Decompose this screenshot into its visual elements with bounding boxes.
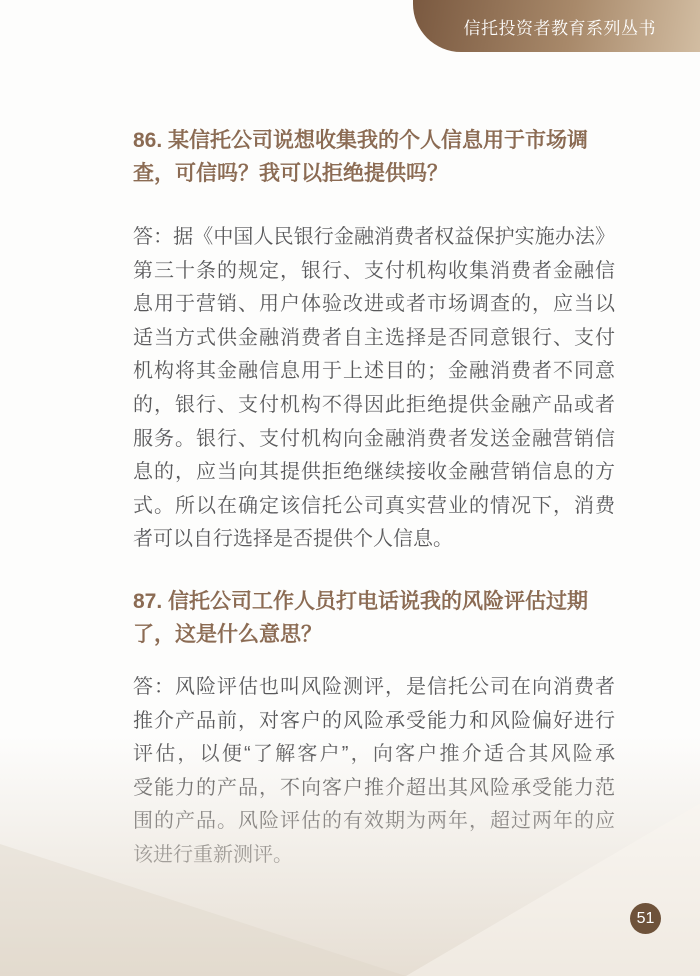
heading-line: 查，可信吗？我可以拒绝提供吗？ bbox=[133, 157, 617, 190]
answer-line: 服务。银行、支付机构向金融消费者发送金融营销信 bbox=[133, 423, 615, 457]
answer-line: 第三十条的规定，银行、支付机构收集消费者金融信 bbox=[133, 255, 615, 289]
answer-line: 答：据《中国人民银行金融消费者权益保护实施办法》 bbox=[133, 221, 615, 255]
answer-line: 答：风险评估也叫风险测评，是信托公司在向消费者 bbox=[133, 671, 615, 705]
question-87-answer: 答：风险评估也叫风险测评，是信托公司在向消费者 推介产品前，对客户的风险承受能力… bbox=[133, 671, 615, 873]
question-86-answer: 答：据《中国人民银行金融消费者权益保护实施办法》 第三十条的规定，银行、支付机构… bbox=[133, 221, 615, 557]
page-number: 51 bbox=[637, 910, 655, 928]
question-87-heading: 87. 信托公司工作人员打电话说我的风险评估过期 了，这是什么意思？ bbox=[133, 585, 617, 651]
answer-line: 评估，以便“了解客户”，向客户推介适合其风险承 bbox=[133, 738, 615, 772]
answer-line: 式。所以在确定该信托公司真实营业的情况下，消费 bbox=[133, 490, 615, 524]
series-title: 信托投资者教育系列丛书 bbox=[464, 14, 657, 39]
answer-line: 适当方式供金融消费者自主选择是否同意银行、支付 bbox=[133, 322, 615, 356]
answer-line: 息用于营销、用户体验改进或者市场调查的，应当以 bbox=[133, 288, 615, 322]
answer-line: 的，银行、支付机构不得因此拒绝提供金融产品或者 bbox=[133, 389, 615, 423]
heading-line: 87. 信托公司工作人员打电话说我的风险评估过期 bbox=[133, 585, 617, 618]
answer-line: 该进行重新测评。 bbox=[133, 839, 615, 873]
answer-line: 机构将其金融信息用于上述目的；金融消费者不同意 bbox=[133, 355, 615, 389]
answer-line: 推介产品前，对客户的风险承受能力和风险偏好进行 bbox=[133, 705, 615, 739]
answer-line: 受能力的产品，不向客户推介超出其风险承受能力范 bbox=[133, 772, 615, 806]
page-number-badge: 51 bbox=[630, 903, 661, 934]
answer-line: 息的，应当向其提供拒绝继续接收金融营销信息的方 bbox=[133, 456, 615, 490]
question-86-heading: 86. 某信托公司说想收集我的个人信息用于市场调 查，可信吗？我可以拒绝提供吗？ bbox=[133, 124, 617, 190]
answer-line: 围的产品。风险评估的有效期为两年，超过两年的应 bbox=[133, 805, 615, 839]
heading-line: 86. 某信托公司说想收集我的个人信息用于市场调 bbox=[133, 124, 617, 157]
answer-line: 者可以自行选择是否提供个人信息。 bbox=[133, 523, 615, 557]
heading-line: 了，这是什么意思？ bbox=[133, 618, 617, 651]
header-banner: 信托投资者教育系列丛书 bbox=[413, 0, 700, 52]
